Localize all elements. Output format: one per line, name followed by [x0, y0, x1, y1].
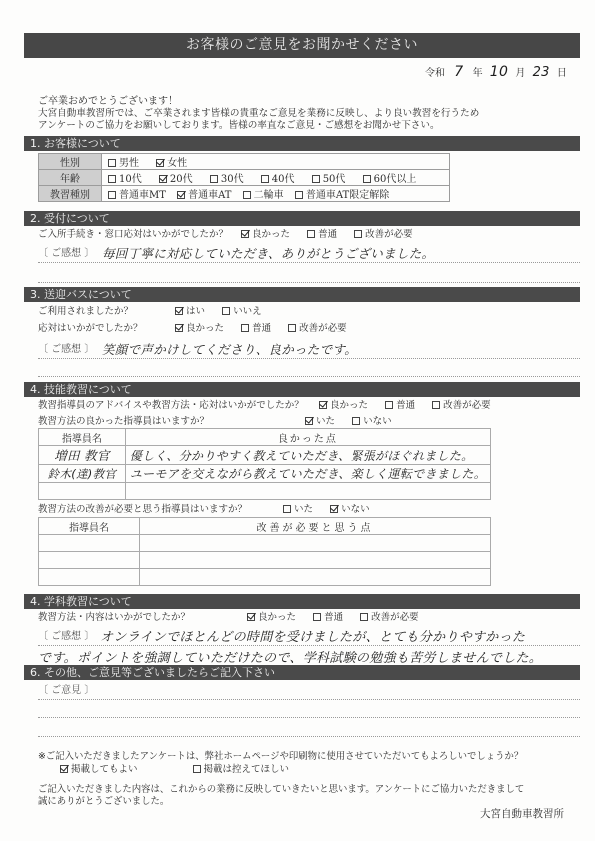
good-point-cell[interactable]	[125, 483, 490, 500]
customer-info-table: 性別 男性 女性 年齢 10代 20代 30代 40代 50代 60代以上 教習…	[38, 153, 450, 202]
lecture-comment-line-2[interactable]: です。ポイントを強調していただけたので、学科試験の勉強も苦労しませんでした。	[38, 647, 542, 666]
checkbox-icon[interactable]	[108, 191, 116, 199]
checkbox-checked-icon[interactable]	[241, 230, 249, 238]
intro-line-3: アンケートのご協力をお願いしております。皆様の率直なご意見・ご感想をお聞かせ下さ…	[38, 119, 440, 132]
checkbox-icon[interactable]	[352, 417, 360, 425]
closing-line-2: 誠にありがとうございました。	[38, 795, 169, 808]
age-row: 年齢 10代 20代 30代 40代 50代 60代以上	[39, 170, 450, 186]
age-60s-plus-option[interactable]: 60代以上	[363, 170, 417, 185]
course-motorcycle-option[interactable]: 二輪車	[243, 186, 284, 201]
good-point-cell[interactable]: 優しく、分かりやすく教えていただき、緊張がほぐれました。	[130, 449, 474, 463]
age-50s-option[interactable]: 50代	[312, 170, 346, 185]
age-label: 年齢	[39, 170, 102, 186]
good-instructor-no-option[interactable]: いない	[352, 415, 392, 428]
section-1-heading: 1. お客様について	[24, 136, 580, 151]
checkbox-checked-icon[interactable]	[305, 417, 313, 425]
good-points-header: 良かった点	[125, 429, 490, 446]
bus-usage-no-option[interactable]: いいえ	[222, 305, 262, 318]
gender-row: 性別 男性 女性	[39, 154, 450, 170]
checkbox-icon[interactable]	[313, 613, 321, 621]
checkbox-icon[interactable]	[222, 307, 230, 315]
comment-line	[38, 262, 580, 263]
improve-instructor-question: 教習方法の改善が必要と思う指導員はいますか？	[38, 503, 280, 516]
table-row	[39, 483, 491, 500]
bus-usage-row: ご利用されましたか？ はい いいえ	[38, 305, 276, 318]
section-6-heading: 6. その他、ご意見等ございましたらご記入下さい	[24, 665, 580, 680]
bus-comment[interactable]: 笑顔で声かけしてくださり、良かったです。	[102, 340, 357, 358]
checkbox-icon[interactable]	[295, 191, 303, 199]
lecture-good-option[interactable]: 良かった	[247, 611, 296, 624]
bus-service-question: 応対はいかがでしたか？	[38, 322, 172, 335]
checkbox-icon[interactable]	[193, 765, 201, 773]
table-row: 増田 教官 優しく、分かりやすく教えていただき、緊張がほぐれました。	[39, 446, 491, 465]
comment-line	[38, 645, 580, 646]
gender-female-option[interactable]: 女性	[156, 154, 187, 169]
instructor-name-cell[interactable]	[39, 483, 126, 500]
gender-label: 性別	[39, 154, 102, 170]
lecture-comment-line-1[interactable]: オンラインでほとんどの時間を受けましたが、とても分かりやすかった	[100, 626, 525, 645]
good-point-cell[interactable]: ユーモアを交えながら教えていただき、楽しく運転できました。	[130, 467, 486, 481]
comment-line	[38, 736, 580, 737]
instructor-name-cell[interactable]	[39, 569, 140, 586]
checkbox-icon[interactable]	[243, 191, 251, 199]
instructor-name-cell[interactable]	[39, 535, 140, 552]
checkbox-icon[interactable]	[307, 230, 315, 238]
checkbox-checked-icon[interactable]	[319, 401, 327, 409]
section-2-heading: 2. 受付について	[24, 211, 580, 226]
checkbox-checked-icon[interactable]	[175, 324, 183, 332]
improve-instructor-yes-option[interactable]: いた	[283, 503, 313, 516]
bus-usage-yes-option[interactable]: はい	[175, 305, 205, 318]
improve-point-cell[interactable]	[140, 535, 491, 552]
section-5-heading: 4. 学科教習について	[24, 594, 580, 609]
checkbox-icon[interactable]	[261, 175, 269, 183]
age-30s-option[interactable]: 30代	[210, 170, 244, 185]
lecture-comment-label: 〔 ご感想 〕	[38, 630, 94, 643]
improve-point-cell[interactable]	[140, 569, 491, 586]
date-day-label: 日	[557, 68, 567, 79]
lecture-question: 教習方法・内容はいかがでしたか？	[38, 611, 244, 624]
checkbox-checked-icon[interactable]	[159, 175, 167, 183]
checkbox-checked-icon[interactable]	[60, 765, 68, 773]
checkbox-icon[interactable]	[108, 175, 116, 183]
checkbox-icon[interactable]	[360, 613, 368, 621]
table-row: 鈴木(達)教官 ユーモアを交えながら教えていただき、楽しく運転できました。	[39, 465, 491, 483]
reception-improve-option[interactable]: 改善が必要	[354, 228, 413, 241]
course-type-label: 教習種別	[39, 186, 102, 202]
checkbox-checked-icon[interactable]	[330, 505, 338, 513]
improve-instructor-table: 指導員名 改善が必要と思う点	[38, 517, 491, 586]
consent-options-row: 掲載してもよい 掲載は控えてほしい	[60, 763, 303, 776]
age-20s-option[interactable]: 20代	[159, 170, 193, 185]
checkbox-icon[interactable]	[312, 175, 320, 183]
checkbox-icon[interactable]	[354, 230, 362, 238]
lecture-improve-option[interactable]: 改善が必要	[360, 611, 419, 624]
consent-question: ※ご記入いただきましたアンケートは、弊社ホームページや印刷物に使用させていただい…	[38, 750, 523, 763]
table-row	[39, 552, 491, 569]
instructor-name-cell[interactable]: 鈴木(達)教官	[48, 467, 117, 481]
checkbox-icon[interactable]	[108, 159, 116, 167]
instructor-normal-option[interactable]: 普通	[385, 399, 415, 412]
opinion-comment-label: 〔 ご意見 〕	[38, 684, 94, 697]
instructor-name-cell[interactable]: 増田 教官	[54, 448, 109, 463]
date-month-label: 月	[515, 68, 525, 79]
date-year-label: 年	[473, 68, 483, 79]
bus-service-normal-option[interactable]: 普通	[241, 322, 271, 335]
instructor-rating-question: 教習指導員のアドバイスや教習方法・応対はいかがでしたか？	[38, 399, 316, 412]
checkbox-checked-icon[interactable]	[247, 613, 255, 621]
checkbox-icon[interactable]	[210, 175, 218, 183]
form-title: お客様のご意見をお聞かせください	[24, 33, 580, 58]
instructor-rating-row: 教習指導員のアドバイスや教習方法・応対はいかがでしたか？ 良かった 普通 改善が…	[38, 399, 505, 412]
date-day[interactable]: 23	[533, 65, 550, 80]
reception-question: ご入所手続き・窓口応対はいかがでしたか？	[38, 228, 238, 241]
checkbox-icon[interactable]	[385, 401, 393, 409]
course-at-option[interactable]: 普通車AT	[177, 186, 231, 201]
checkbox-icon[interactable]	[363, 175, 371, 183]
checkbox-icon[interactable]	[283, 505, 291, 513]
date-era: 令和	[425, 68, 445, 79]
bus-service-row: 応対はいかがでしたか？ 良かった 普通 改善が必要	[38, 322, 361, 335]
bus-service-good-option[interactable]: 良かった	[175, 322, 224, 335]
improve-points-header: 改善が必要と思う点	[140, 518, 491, 535]
good-instructor-row: 教習方法の良かった指導員はいますか？ いた いない	[38, 415, 406, 428]
lecture-normal-option[interactable]: 普通	[313, 611, 343, 624]
reception-comment-label: 〔 ご感想 〕	[38, 247, 94, 260]
lecture-question-row: 教習方法・内容はいかがでしたか？ 良かった 普通 改善が必要	[38, 611, 433, 624]
improve-point-cell[interactable]	[140, 552, 491, 569]
course-type-row: 教習種別 普通車MT 普通車AT 二輪車 普通車AT限定解除	[39, 186, 450, 202]
gender-male-option[interactable]: 男性	[108, 154, 139, 169]
instructor-improve-option[interactable]: 改善が必要	[432, 399, 491, 412]
signature: 大宮自動車教習所	[480, 808, 564, 821]
checkbox-checked-icon[interactable]	[177, 191, 185, 199]
checkbox-icon[interactable]	[288, 324, 296, 332]
bus-service-improve-option[interactable]: 改善が必要	[288, 322, 347, 335]
table-header-row: 指導員名 改善が必要と思う点	[39, 518, 491, 535]
reception-comment[interactable]: 毎回丁寧に対応していただき、ありがとうございました。	[102, 244, 434, 262]
good-instructor-table: 指導員名 良かった点 増田 教官 優しく、分かりやすく教えていただき、緊張がほぐ…	[38, 428, 491, 500]
reception-question-row: ご入所手続き・窓口応対はいかがでしたか？ 良かった 普通 改善が必要	[38, 228, 427, 241]
instructor-name-cell[interactable]	[39, 552, 140, 569]
improve-instructor-row: 教習方法の改善が必要と思う指導員はいますか？ いた いない	[38, 503, 384, 516]
reception-good-option[interactable]: 良かった	[241, 228, 290, 241]
date-month[interactable]: 10	[490, 64, 508, 80]
age-40s-option[interactable]: 40代	[261, 170, 295, 185]
reception-normal-option[interactable]: 普通	[307, 228, 337, 241]
consent-decline-option[interactable]: 掲載は控えてほしい	[193, 763, 290, 776]
comment-line	[38, 717, 580, 718]
checkbox-checked-icon[interactable]	[156, 159, 164, 167]
bus-comment-label: 〔 ご感想 〕	[38, 343, 94, 356]
course-at-removal-option[interactable]: 普通車AT限定解除	[295, 186, 389, 201]
table-row	[39, 535, 491, 552]
bus-usage-question: ご利用されましたか？	[38, 305, 172, 318]
section-4-heading: 4. 技能教習について	[24, 382, 580, 397]
improve-instructor-no-option[interactable]: いない	[330, 503, 370, 516]
instructor-name-header: 指導員名	[39, 429, 126, 446]
course-mt-option[interactable]: 普通車MT	[108, 186, 166, 201]
date-year[interactable]: 7	[454, 64, 463, 80]
checkbox-icon[interactable]	[241, 324, 249, 332]
checkbox-icon[interactable]	[432, 401, 440, 409]
table-header-row: 指導員名 良かった点	[39, 429, 491, 446]
comment-line	[38, 376, 580, 377]
section-3-heading: 3. 送迎バスについて	[24, 287, 580, 302]
good-instructor-question: 教習方法の良かった指導員はいますか？	[38, 415, 302, 428]
age-10s-option[interactable]: 10代	[108, 170, 142, 185]
instructor-name-header: 指導員名	[39, 518, 140, 535]
checkbox-checked-icon[interactable]	[175, 307, 183, 315]
good-instructor-yes-option[interactable]: いた	[305, 415, 335, 428]
comment-line	[38, 282, 580, 283]
comment-line	[38, 358, 580, 359]
date-field: 令和 7 年 10 月 23 日	[425, 66, 567, 80]
instructor-good-option[interactable]: 良かった	[319, 399, 368, 412]
comment-line	[38, 699, 580, 700]
consent-allow-option[interactable]: 掲載してもよい	[60, 763, 138, 776]
opinion-comment-field[interactable]	[100, 684, 570, 697]
table-row	[39, 569, 491, 586]
